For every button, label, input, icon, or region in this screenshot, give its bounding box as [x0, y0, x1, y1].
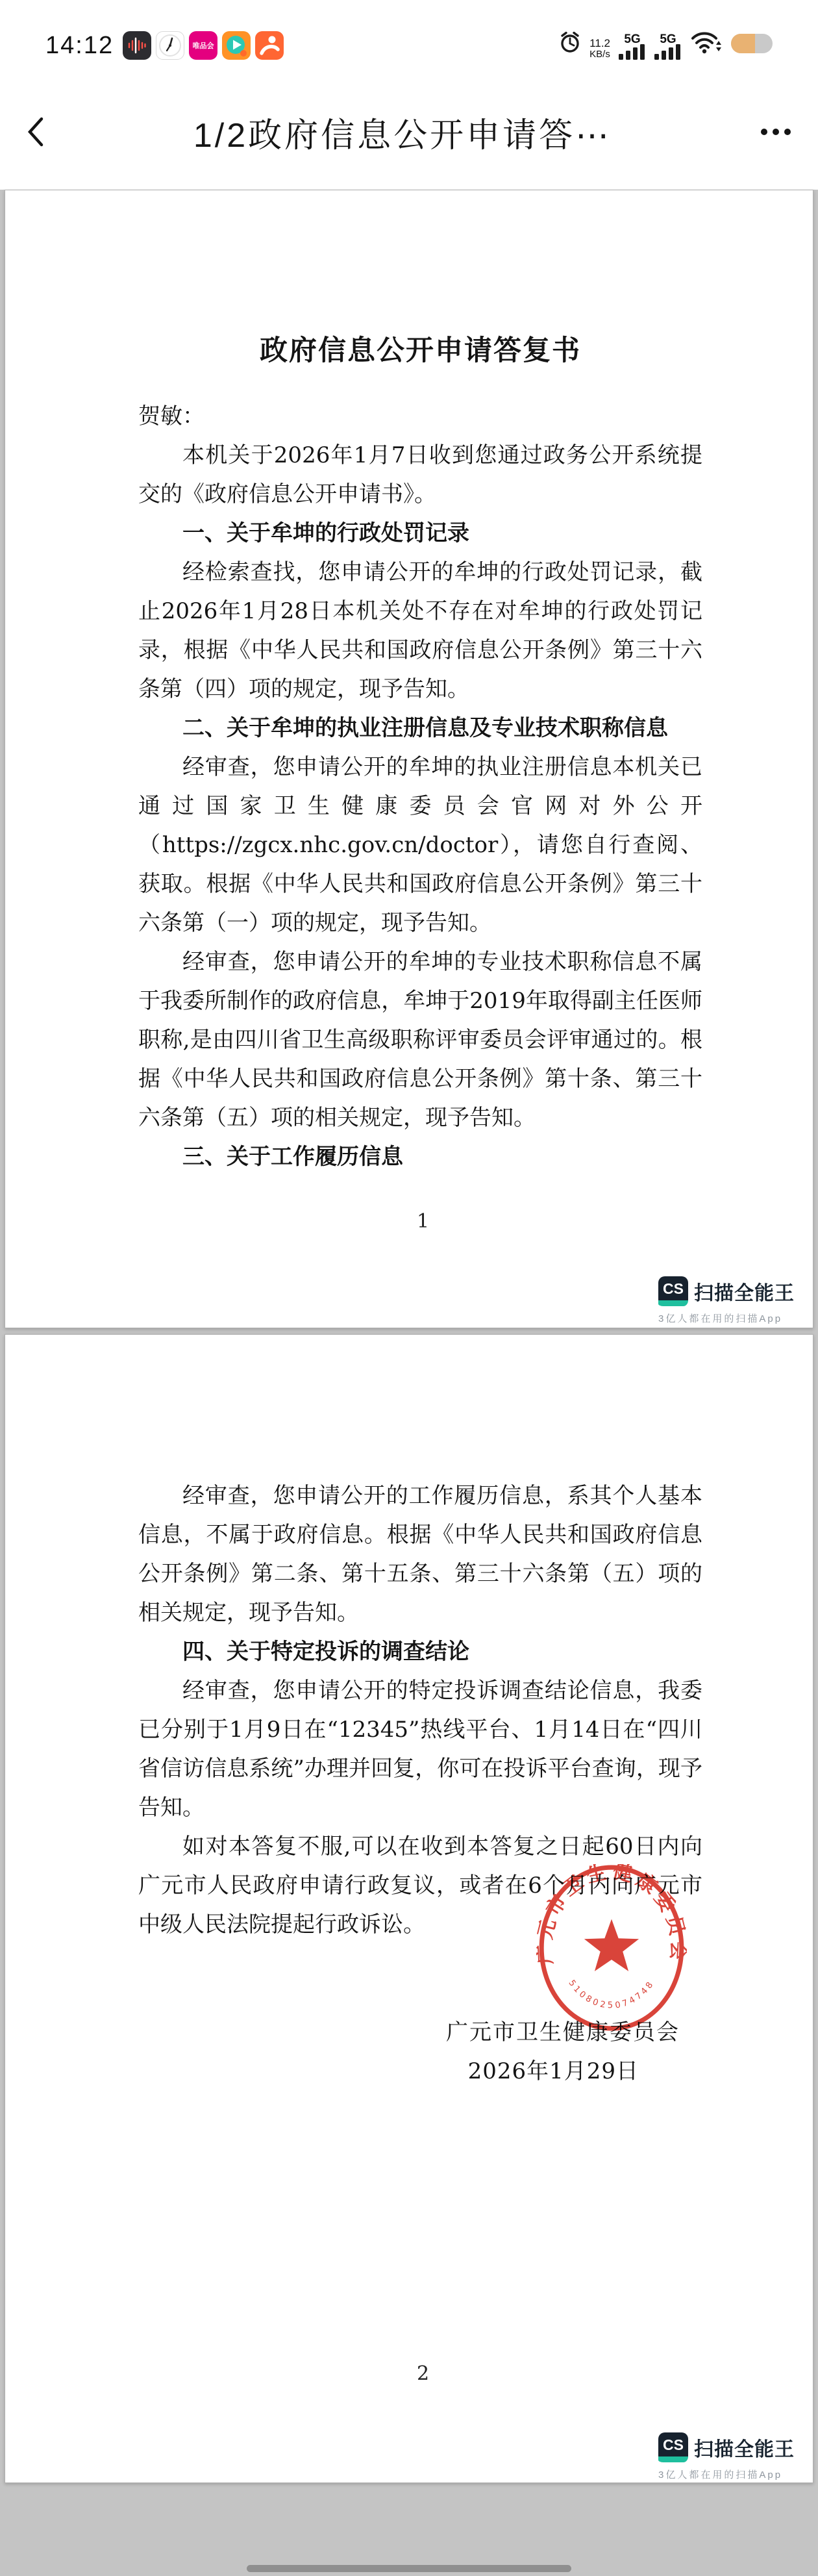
watermark-tagline: 3亿人都在用的扫描App — [658, 1311, 795, 1325]
svg-text:5108025074748: 5108025074748 — [566, 1978, 656, 2011]
chevron-left-icon — [27, 117, 44, 147]
watermark-brand: 扫描全能王 — [694, 1277, 795, 1306]
voice-recorder-icon — [123, 31, 151, 60]
camscanner-watermark: CS 扫描全能王 3亿人都在用的扫描App — [658, 2432, 795, 2481]
doc-heading: 政府信息公开申请答复书 — [138, 336, 702, 366]
page2-body: 经审查，您申请公开的工作履历信息，系其个人基本信息，不属于政府信息。根据《中华人… — [5, 1335, 813, 2091]
paragraph: 经检索查找，您申请公开的牟坤的行政处罚记录，截止2026年1月28日本机关处不存… — [138, 553, 702, 709]
watermark-brand: 扫描全能王 — [694, 2433, 795, 2462]
status-indicators: 11.2 KB/s 5G 5G — [559, 29, 773, 60]
document-page-2: 经审查，您申请公开的工作履历信息，系其个人基本信息，不属于政府信息。根据《中华人… — [5, 1334, 813, 2483]
app-title-bar: 1/2政府信息公开申请答⋯ — [0, 65, 818, 175]
section-heading-1: 一、关于牟坤的行政处罚记录 — [138, 514, 702, 553]
wifi-icon — [690, 29, 723, 58]
issue-date: 2026年1月29日 — [138, 2052, 702, 2091]
paragraph: 经审查，您申请公开的工作履历信息，系其个人基本信息，不属于政府信息。根据《中华人… — [138, 1476, 702, 1632]
vipshop-icon: 唯品会 — [189, 31, 217, 60]
paragraph: 经审查，您申请公开的牟坤的专业技术职称信息不属于我委所制作的政府信息，牟坤于20… — [138, 942, 702, 1137]
document-viewer[interactable]: 政府信息公开申请答复书 贺敏： 本机关于2026年1月7日收到您通过政务公开系统… — [0, 190, 818, 2576]
paragraph: 经审查，您申请公开的牟坤的执业注册信息本机关已通过国家卫生健康委员会官网对外公开… — [138, 748, 702, 942]
paragraph: 经审查，您申请公开的特定投诉调查结论信息，我委已分别于1月9日在“12345”热… — [138, 1671, 702, 1827]
sim1-signal: 5G — [619, 35, 646, 60]
dianping-icon — [255, 31, 284, 60]
page1-body: 政府信息公开申请答复书 贺敏： 本机关于2026年1月7日收到您通过政务公开系统… — [5, 336, 813, 1176]
gesture-navigation-bar[interactable] — [247, 2565, 571, 2572]
sim2-label: 5G — [660, 35, 676, 44]
camscanner-watermark: CS 扫描全能王 3亿人都在用的扫描App — [658, 1276, 795, 1325]
document-title: 1/2政府信息公开申请答⋯ — [71, 108, 734, 157]
network-speed: 11.2 KB/s — [589, 38, 610, 60]
clock-time: 14:12 — [45, 31, 114, 60]
ellipsis-icon — [761, 129, 767, 135]
battery-icon — [731, 34, 773, 53]
speed-value: 11.2 — [589, 38, 610, 49]
official-seal: 广元市卫生健康委员会 5108025074748 — [536, 1864, 687, 2034]
sim1-label: 5G — [624, 35, 640, 44]
speed-unit: KB/s — [589, 49, 610, 60]
page-number: 2 — [138, 2362, 708, 2385]
camscanner-logo-icon: CS — [658, 1276, 688, 1306]
document-page-1: 政府信息公开申请答复书 贺敏： 本机关于2026年1月7日收到您通过政务公开系统… — [5, 190, 813, 1328]
status-bar: 14:12 唯品会 — [0, 0, 818, 65]
section-heading-2: 二、关于牟坤的执业注册信息及专业技术职称信息 — [138, 709, 702, 748]
vipshop-label: 唯品会 — [193, 40, 214, 51]
more-menu-button[interactable] — [734, 129, 818, 135]
signal-bars-icon — [654, 44, 682, 60]
paragraph: 本机关于2026年1月7日收到您通过政务公开系统提交的《政府信息公开申请书》。 — [138, 436, 702, 514]
seal-star — [584, 1919, 639, 1971]
video-app-icon — [222, 31, 251, 60]
watermark-tagline: 3亿人都在用的扫描App — [658, 2468, 795, 2481]
section-heading-4: 四、关于特定投诉的调查结论 — [138, 1632, 702, 1671]
notification-icons: 唯品会 — [123, 31, 284, 60]
alarm-icon — [559, 31, 581, 57]
page-number: 1 — [138, 1210, 708, 1233]
back-button[interactable] — [0, 117, 71, 147]
signal-bars-icon — [619, 44, 646, 60]
salutation: 贺敏： — [138, 397, 702, 436]
sim2-signal: 5G — [654, 35, 682, 60]
camscanner-logo-icon: CS — [658, 2432, 688, 2462]
seal-code: 5108025074748 — [566, 1978, 656, 2011]
clock-icon — [156, 31, 184, 60]
section-heading-3: 三、关于工作履历信息 — [138, 1137, 702, 1176]
